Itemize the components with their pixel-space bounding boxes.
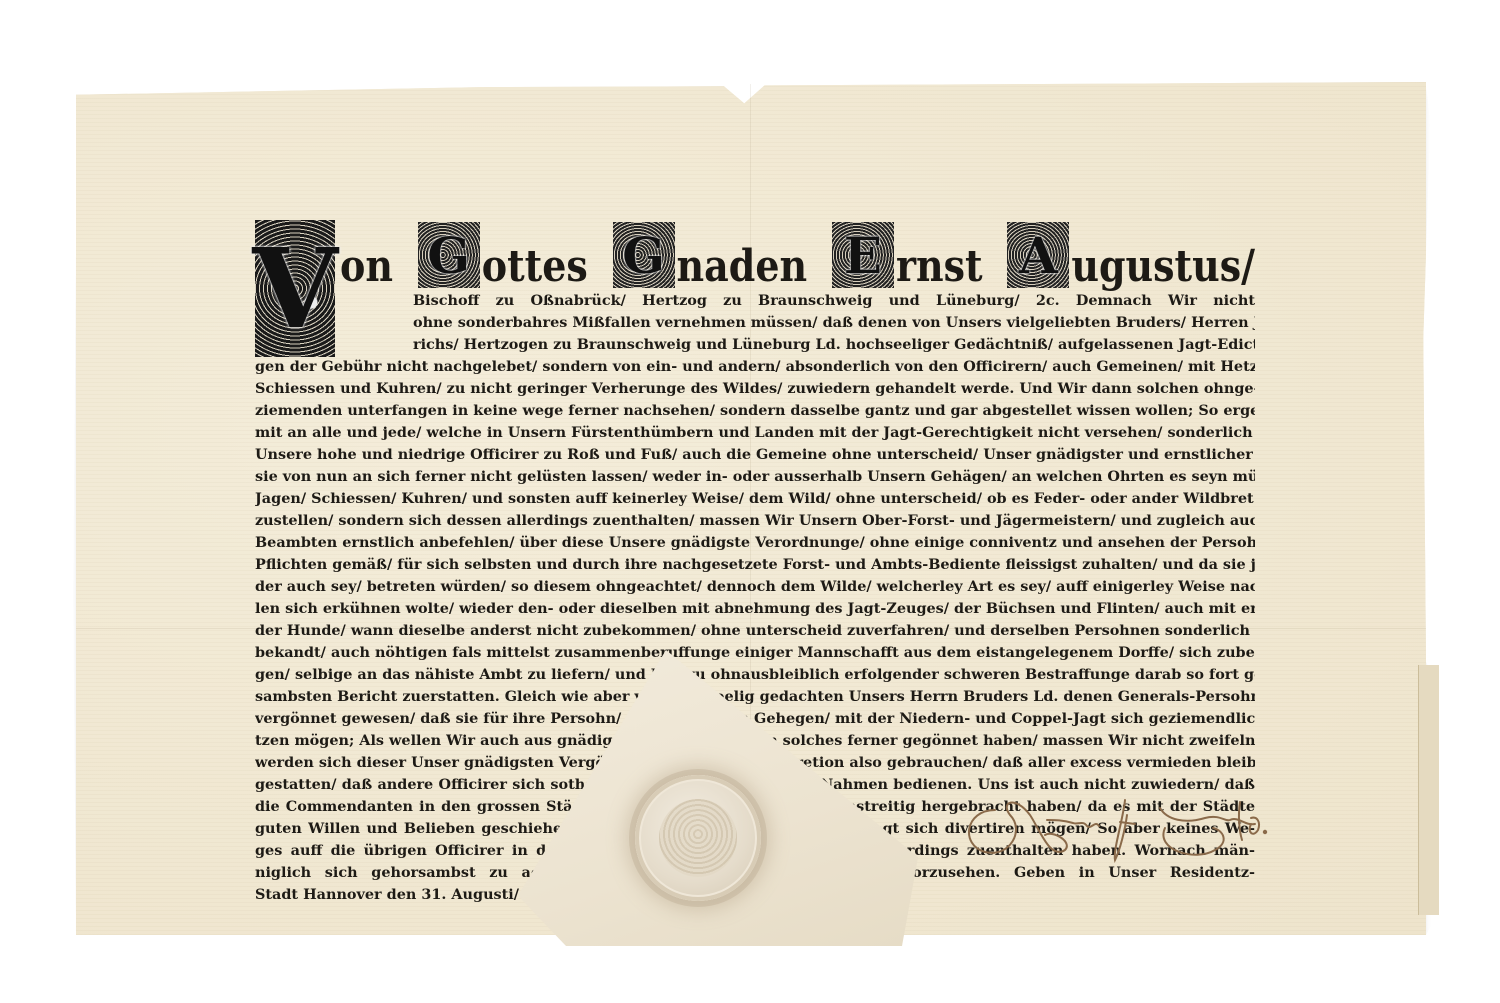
- signature-stroke-icon: [955, 790, 1275, 870]
- coat-of-arms-icon: [659, 799, 737, 877]
- text-line: gen/ selbige an das nähiste Ambt zu lief…: [255, 664, 1255, 686]
- text-line: Pflichten gemäß/ für sich selbsten und d…: [255, 554, 1255, 576]
- paper-torn-edge: [1418, 665, 1439, 915]
- text-line: mit an alle und jede/ welche in Unsern F…: [255, 422, 1255, 444]
- text-line: gen der Gebühr nicht nachgelebet/ sonder…: [255, 356, 1255, 378]
- text-line: richs/ Hertzogen zu Braunschweig und Lün…: [413, 334, 1255, 356]
- text-line: bekandt/ auch nöhtigen fals mittelst zus…: [255, 642, 1255, 664]
- decorated-initial-g: G: [418, 222, 480, 288]
- wax-seal: [635, 775, 761, 901]
- text-line: der auch sey/ betreten würden/ so diesem…: [255, 576, 1255, 598]
- text-line: Beambten ernstlich anbefehlen/ über dies…: [255, 532, 1255, 554]
- text-line: sambsten Bericht zuerstatten. Gleich wie…: [255, 686, 1255, 708]
- text-line: zustellen/ sondern sich dessen allerding…: [255, 510, 1255, 532]
- text-line: ziemenden unterfangen in keine wege fern…: [255, 400, 1255, 422]
- headline-word-gnaden: G naden: [613, 222, 808, 288]
- text-line: len sich erkühnen wolte/ wieder den- ode…: [255, 598, 1255, 620]
- headline-word-ernst: E rnst: [832, 222, 983, 288]
- decorated-initial-a: A: [1007, 222, 1069, 288]
- headline-word-gottes: G ottes: [418, 222, 588, 288]
- text-line: sie von nun an sich ferner nicht gelüste…: [255, 466, 1255, 488]
- text-line: Schiessen und Kuhren/ zu nicht geringer …: [255, 378, 1255, 400]
- text-line: ohne sonderbahres Mißfallen vernehmen mü…: [413, 312, 1255, 334]
- text-line: Bischoff zu Oßnabrück/ Hertzog zu Brauns…: [413, 290, 1255, 312]
- handwritten-signature: handwritten signature in brown ink: [955, 790, 1275, 870]
- text-line: der Hunde/ wann dieselbe anderst nicht z…: [255, 620, 1255, 642]
- text-line: Unsere hohe und niedrige Officirer zu Ro…: [255, 444, 1255, 466]
- headline-word-von: on: [340, 250, 393, 288]
- decorated-initial-e: E: [832, 222, 894, 288]
- headline-word-augustus: A ugustus/: [1007, 222, 1255, 288]
- headline: on G ottes G naden E rnst A ugustus/: [340, 220, 1255, 288]
- decorated-initial-g: G: [613, 222, 675, 288]
- text-line: Jagen/ Schiessen/ Kuhren/ und sonsten au…: [255, 488, 1255, 510]
